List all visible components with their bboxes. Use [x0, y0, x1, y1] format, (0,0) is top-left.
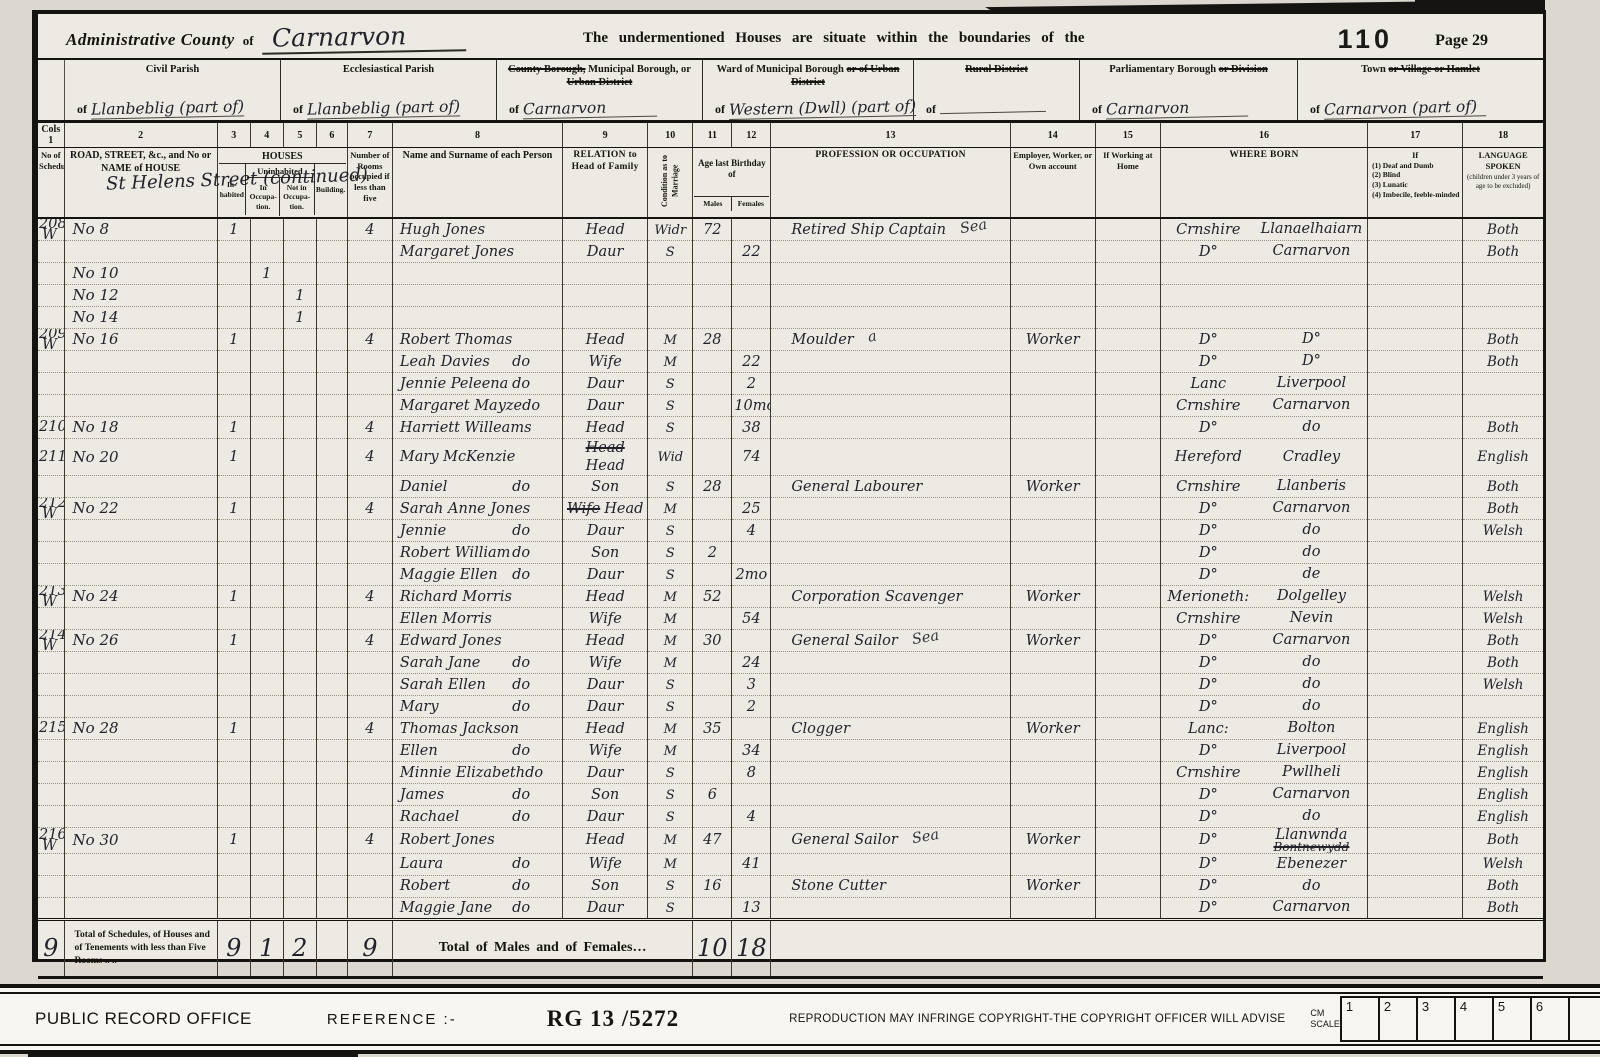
col-num-18: 18 [1463, 123, 1543, 148]
table-row: Jennie Peleenado Daur S 2 LancLiverpool [38, 373, 1543, 395]
rooms-cell [347, 373, 392, 395]
table-row: Robertdo Son S 16 Stone Cutter Worker D°… [38, 875, 1543, 897]
header-age: Age last Birthday of [694, 150, 769, 196]
name-cell: Margaret Jones [392, 241, 562, 263]
condition-cell: S [648, 395, 693, 417]
infirmity-cell [1368, 439, 1463, 476]
condition-cell: Widr [648, 218, 693, 241]
infirmity-cell [1368, 218, 1463, 241]
infirmity-cell [1368, 520, 1463, 542]
age-female-cell: 3 [732, 674, 771, 696]
age-male-cell [693, 351, 732, 373]
inhabited-cell [217, 897, 250, 919]
house-cell: No 10 [64, 263, 217, 285]
working-at-home-cell [1095, 241, 1160, 263]
inhabited-cell [217, 652, 250, 674]
infirmity-cell [1368, 853, 1463, 875]
inhabited-cell: 1 [217, 439, 250, 476]
boundary-box-value: ofCarnarvon [1088, 99, 1291, 118]
table-row: Maggie Janedo Daur S 13 D°Carnarvon Both [38, 897, 1543, 919]
house-cell: No 8 [64, 218, 217, 241]
building-cell [316, 476, 347, 498]
language-cell: English [1463, 718, 1543, 740]
relation-cell [563, 263, 648, 285]
schedule-cell [38, 476, 64, 498]
condition-cell: S [648, 417, 693, 439]
building-cell [316, 828, 347, 854]
table-row: No 10 1 [38, 263, 1543, 285]
uninhabited-not-occupied-cell [283, 762, 316, 784]
building-cell [316, 853, 347, 875]
condition-cell: M [648, 498, 693, 520]
name-cell: Maggie Janedo [392, 897, 562, 919]
working-at-home-cell [1095, 351, 1160, 373]
building-cell [316, 652, 347, 674]
working-at-home-cell [1095, 476, 1160, 498]
age-male-cell [693, 307, 732, 329]
age-male-cell: 52 [693, 586, 732, 608]
schedule-cell: 212W [38, 498, 64, 520]
age-male-cell [693, 853, 732, 875]
age-male-cell: 2 [693, 542, 732, 564]
schedule-cell [38, 395, 64, 417]
uninhabited-in-occupation-cell [250, 498, 283, 520]
uninhabited-not-occupied-cell [283, 718, 316, 740]
occupation-cell [771, 241, 1010, 263]
name-cell: Maggie Ellendo [392, 564, 562, 586]
occupation-cell [771, 564, 1010, 586]
uninhabited-not-occupied-cell [283, 263, 316, 285]
boundary-box-label: County Borough, Municipal Borough, or Ur… [497, 63, 702, 89]
language-cell: English [1463, 806, 1543, 828]
infirmity-cell [1368, 263, 1463, 285]
totals-row: 9 Total of Schedules, of Houses and of T… [38, 919, 1543, 977]
uninhabited-in-occupation-cell [250, 218, 283, 241]
header-females: Females [732, 197, 769, 211]
language-cell: Both [1463, 417, 1543, 439]
table-row: Laurado Wife M 41 D°Ebenezer Welsh [38, 853, 1543, 875]
total-males-females-label: Total of Males and of Females… [439, 940, 647, 955]
working-at-home-cell [1095, 498, 1160, 520]
inhabited-cell [217, 373, 250, 395]
schedule-cell [38, 263, 64, 285]
working-at-home-cell [1095, 696, 1160, 718]
uninhabited-in-occupation-cell [250, 784, 283, 806]
age-female-cell: 54 [732, 608, 771, 630]
rooms-cell: 4 [347, 828, 392, 854]
rooms-cell: 4 [347, 439, 392, 476]
uninhabited-not-occupied-cell [283, 853, 316, 875]
table-row: 215 No 28 1 4 Thomas Jackson Head M 35 C… [38, 718, 1543, 740]
relation-cell: Daur [563, 241, 648, 263]
table-row: Marydo Daur S 2 D°do [38, 696, 1543, 718]
age-female-cell [732, 784, 771, 806]
occupation-cell [771, 263, 1010, 285]
working-at-home-cell [1095, 740, 1160, 762]
where-born-cell: D°D° [1160, 351, 1367, 373]
working-at-home-cell [1095, 417, 1160, 439]
building-cell [316, 395, 347, 417]
employer-cell: Worker [1010, 718, 1095, 740]
boundary-box: Town or Village or HamletofCarnarvon (pa… [1298, 60, 1543, 120]
employer-cell [1010, 696, 1095, 718]
where-born-cell: D°do [1160, 542, 1367, 564]
inhabited-cell: 1 [217, 417, 250, 439]
inhabited-cell [217, 520, 250, 542]
language-cell: Welsh [1463, 586, 1543, 608]
language-cell [1463, 696, 1543, 718]
age-female-cell: 13 [732, 897, 771, 919]
language-cell: Welsh [1463, 674, 1543, 696]
house-cell [64, 674, 217, 696]
where-born-cell: D°D° [1160, 329, 1367, 351]
language-cell [1463, 307, 1543, 329]
infirmity-cell [1368, 828, 1463, 854]
relation-cell: Wife [563, 853, 648, 875]
rooms-cell [347, 241, 392, 263]
language-cell [1463, 395, 1543, 417]
table-row: Sarah Ellendo Daur S 3 D°do Welsh [38, 674, 1543, 696]
rooms-cell: 4 [347, 218, 392, 241]
uninhabited-in-occupation-cell [250, 608, 283, 630]
boundary-box-label: Civil Parish [65, 63, 280, 76]
schedule-cell [38, 784, 64, 806]
uninhabited-in-occupation-cell [250, 241, 283, 263]
where-born-cell: Lanc:Bolton [1160, 718, 1367, 740]
age-female-cell [732, 218, 771, 241]
name-cell: Ellen Morris [392, 608, 562, 630]
archive-footer: PUBLIC RECORD OFFICE REFERENCE :- RG 13 … [0, 984, 1600, 1054]
building-cell [316, 674, 347, 696]
building-cell [316, 542, 347, 564]
age-female-cell: 38 [732, 417, 771, 439]
header-home: If Working at Home [1095, 148, 1160, 219]
name-cell: Robert Jones [392, 828, 562, 854]
total-females-value: 18 [733, 934, 769, 962]
inhabited-cell [217, 476, 250, 498]
total-uninh-in-occ-value: 1 [252, 934, 282, 962]
uninhabited-not-occupied-cell [283, 542, 316, 564]
infirmity-cell [1368, 564, 1463, 586]
language-cell [1463, 263, 1543, 285]
uninhabited-in-occupation-cell [250, 630, 283, 652]
building-cell [316, 329, 347, 351]
header-language-sub: (children under 3 years of age to be exc… [1464, 173, 1542, 190]
name-cell: Leah Daviesdo [392, 351, 562, 373]
relation-cell: Son [563, 875, 648, 897]
age-female-cell [732, 875, 771, 897]
infirmity-cell [1368, 696, 1463, 718]
employer-cell: Worker [1010, 630, 1095, 652]
building-cell [316, 608, 347, 630]
boundary-box-value: of [922, 100, 1073, 118]
uninhabited-in-occupation-cell [250, 285, 283, 307]
infirmity-cell [1368, 373, 1463, 395]
inhabited-cell: 1 [217, 218, 250, 241]
working-at-home-cell [1095, 373, 1160, 395]
boundary-box-label: Rural District [914, 63, 1079, 76]
rooms-cell [347, 351, 392, 373]
where-born-cell: CrnshireCarnarvon [1160, 395, 1367, 417]
working-at-home-cell [1095, 718, 1160, 740]
uninhabited-in-occupation-cell [250, 329, 283, 351]
age-female-cell [732, 476, 771, 498]
col-num-1: Cols 1 [38, 123, 64, 148]
schedule-cell: 214W [38, 630, 64, 652]
rooms-cell [347, 674, 392, 696]
uninhabited-not-occupied-cell [283, 608, 316, 630]
schedule-cell [38, 608, 64, 630]
scale-tick: 4 [1456, 998, 1494, 1040]
inhabited-cell [217, 285, 250, 307]
language-cell: Both [1463, 241, 1543, 263]
house-cell: No 20 [64, 439, 217, 476]
condition-cell: M [648, 652, 693, 674]
boundary-box: County Borough, Municipal Borough, or Ur… [497, 60, 703, 120]
language-cell: Both [1463, 351, 1543, 373]
occupation-cell [771, 897, 1010, 919]
where-born-cell: CrnshireLlanberis [1160, 476, 1367, 498]
situate-text: The undermentioned Houses are situate wi… [583, 30, 1085, 47]
infirmity-cell [1368, 586, 1463, 608]
table-row: 211 No 20 1 4 Mary McKenzie Head Head Wi… [38, 439, 1543, 476]
age-female-cell: 74 [732, 439, 771, 476]
relation-cell: Wife [563, 351, 648, 373]
uninhabited-not-occupied-cell [283, 652, 316, 674]
building-cell [316, 696, 347, 718]
relation-cell [563, 307, 648, 329]
infirmity-item-2: (2) Blind [1369, 170, 1461, 180]
age-male-cell: 28 [693, 476, 732, 498]
schedule-cell: 210 [38, 417, 64, 439]
header-language: LANGUAGE SPOKEN (children under 3 years … [1463, 148, 1543, 219]
building-cell [316, 241, 347, 263]
working-at-home-cell [1095, 586, 1160, 608]
occupation-cell [771, 674, 1010, 696]
age-male-cell [693, 740, 732, 762]
age-female-cell: 2 [732, 373, 771, 395]
employer-cell [1010, 218, 1095, 241]
occupation-cell: Retired Ship CaptainSea [771, 218, 1010, 241]
condition-cell: M [648, 630, 693, 652]
uninhabited-not-occupied-cell [283, 439, 316, 476]
where-born-cell: HerefordCradley [1160, 439, 1367, 476]
inhabited-cell [217, 762, 250, 784]
employer-cell: Worker [1010, 329, 1095, 351]
inhabited-cell [217, 351, 250, 373]
working-at-home-cell [1095, 897, 1160, 919]
employer-cell [1010, 806, 1095, 828]
age-female-cell: 4 [732, 806, 771, 828]
age-female-cell [732, 329, 771, 351]
building-cell [316, 784, 347, 806]
language-cell: Both [1463, 476, 1543, 498]
where-born-cell: D°Carnarvon [1160, 784, 1367, 806]
infirmity-cell [1368, 542, 1463, 564]
totals-empty-cell [771, 919, 1543, 977]
where-born-cell: D°do [1160, 674, 1367, 696]
header-name: Name and Surname of each Person [392, 148, 562, 219]
uninhabited-not-occupied-cell [283, 564, 316, 586]
employer-cell [1010, 351, 1095, 373]
footer-reference-value: RG 13 /5272 [547, 1006, 679, 1032]
schedule-cell: 211 [38, 439, 64, 476]
where-born-cell [1160, 307, 1367, 329]
language-cell: Welsh [1463, 520, 1543, 542]
total-uninh-not-occ-value: 2 [285, 934, 315, 962]
occupation-cell: General SailorSea [771, 828, 1010, 854]
age-male-cell [693, 674, 732, 696]
rooms-cell [347, 263, 392, 285]
boundary-box: Ward of Municipal Borough or of Urban Di… [703, 60, 914, 120]
condition-cell: S [648, 476, 693, 498]
condition-cell: M [648, 608, 693, 630]
uninhabited-not-occupied-cell [283, 329, 316, 351]
totals-row-group: 9 Total of Schedules, of Houses and of T… [38, 919, 1543, 977]
house-cell [64, 241, 217, 263]
scale-tick: 6 [1532, 998, 1570, 1040]
boundary-box-value: ofCarnarvon [505, 99, 696, 118]
occupation-cell: General SailorSea [771, 630, 1010, 652]
language-cell: Both [1463, 218, 1543, 241]
age-female-cell [732, 263, 771, 285]
age-female-cell: 24 [732, 652, 771, 674]
working-at-home-cell [1095, 652, 1160, 674]
uninhabited-in-occupation-cell [250, 897, 283, 919]
occupation-cell: General Labourer [771, 476, 1010, 498]
footer-office: PUBLIC RECORD OFFICE [35, 1009, 252, 1029]
age-female-cell [732, 718, 771, 740]
inhabited-cell [217, 674, 250, 696]
language-cell: English [1463, 784, 1543, 806]
col-num-7: 7 [347, 123, 392, 148]
age-male-cell [693, 373, 732, 395]
total-males-cell: 10 [693, 919, 732, 977]
header-condition: Condition as to Marriage [648, 148, 693, 219]
where-born-cell [1160, 285, 1367, 307]
where-born-cell: D°Carnarvon [1160, 897, 1367, 919]
language-cell [1463, 285, 1543, 307]
occupation-cell: Mouldera [771, 329, 1010, 351]
age-female-cell [732, 586, 771, 608]
relation-cell: Head [563, 329, 648, 351]
infirmity-item-1: (1) Deaf and Dumb [1369, 161, 1461, 171]
where-born-cell: D°do [1160, 520, 1367, 542]
total-males-females-label-cell: Total of Males and of Females… [392, 919, 692, 977]
employer-cell [1010, 498, 1095, 520]
condition-cell: S [648, 875, 693, 897]
house-cell: No 22 [64, 498, 217, 520]
infirmity-cell [1368, 351, 1463, 373]
building-cell [316, 417, 347, 439]
occupation-cell [771, 395, 1010, 417]
house-cell [64, 520, 217, 542]
col-num-2: 2 [64, 123, 217, 148]
uninhabited-not-occupied-cell [283, 674, 316, 696]
infirmity-cell [1368, 417, 1463, 439]
house-cell [64, 373, 217, 395]
condition-cell: S [648, 762, 693, 784]
condition-cell: M [648, 718, 693, 740]
working-at-home-cell [1095, 439, 1160, 476]
inhabited-cell [217, 806, 250, 828]
relation-cell: Daur [563, 520, 648, 542]
building-cell [316, 806, 347, 828]
language-cell: Welsh [1463, 608, 1543, 630]
schedule-cell [38, 853, 64, 875]
schedule-cell [38, 307, 64, 329]
house-cell: No 16 [64, 329, 217, 351]
schedule-cell [38, 740, 64, 762]
boundary-box-value: ofLlanbeblig (part of) [73, 99, 274, 118]
age-female-cell: 22 [732, 241, 771, 263]
totals-label: Total of Schedules, of Houses and of Ten… [75, 930, 210, 966]
relation-cell: Wife [563, 740, 648, 762]
schedule-cell [38, 696, 64, 718]
where-born-cell: D°do [1160, 417, 1367, 439]
inhabited-cell: 1 [217, 498, 250, 520]
age-female-cell: 10mo [732, 395, 771, 417]
uninhabited-not-occupied-cell [283, 875, 316, 897]
inhabited-cell: 1 [217, 329, 250, 351]
age-male-cell: 16 [693, 875, 732, 897]
rooms-cell [347, 875, 392, 897]
table-row: Minnie Elizabethdo Daur S 8 CrnshirePwll… [38, 762, 1543, 784]
infirmity-cell [1368, 630, 1463, 652]
age-female-cell [732, 630, 771, 652]
name-cell: Thomas Jackson [392, 718, 562, 740]
where-born-cell [1160, 263, 1367, 285]
age-male-cell [693, 652, 732, 674]
name-cell: Rachaeldo [392, 806, 562, 828]
where-born-cell: D°Carnarvon [1160, 498, 1367, 520]
admin-county-label: Administrative County [66, 30, 235, 49]
occupation-cell: Stone Cutter [771, 875, 1010, 897]
condition-cell [648, 285, 693, 307]
rooms-cell: 4 [347, 718, 392, 740]
col-num-3: 3 [217, 123, 250, 148]
working-at-home-cell [1095, 307, 1160, 329]
header-profession: PROFESSION OR OCCUPATION [771, 148, 1010, 219]
col-num-15: 15 [1095, 123, 1160, 148]
age-female-cell [732, 542, 771, 564]
total-females-cell: 18 [732, 919, 771, 977]
condition-cell: S [648, 806, 693, 828]
building-cell [316, 897, 347, 919]
occupation-cell [771, 285, 1010, 307]
uninhabited-in-occupation-cell [250, 520, 283, 542]
where-born-cell: D°de [1160, 564, 1367, 586]
employer-cell [1010, 373, 1095, 395]
schedule-cell [38, 564, 64, 586]
uninhabited-in-occupation-cell [250, 307, 283, 329]
boundary-box-label: Parliamentary Borough or Division [1080, 63, 1297, 76]
boundary-box: Rural Districtof [914, 60, 1080, 120]
language-cell [1463, 542, 1543, 564]
name-cell: Sarah Janedo [392, 652, 562, 674]
age-male-cell [693, 285, 732, 307]
header-condition-text: Condition as to Marriage [660, 150, 681, 212]
schedule-cell [38, 285, 64, 307]
boundary-box: Parliamentary Borough or DivisionofCarna… [1080, 60, 1298, 120]
condition-cell: M [648, 828, 693, 854]
totals-label-cell: Total of Schedules, of Houses and of Ten… [64, 919, 217, 977]
working-at-home-cell [1095, 564, 1160, 586]
inhabited-cell [217, 853, 250, 875]
inhabited-cell [217, 875, 250, 897]
employer-cell [1010, 674, 1095, 696]
col-num-11: 11 [693, 123, 732, 148]
